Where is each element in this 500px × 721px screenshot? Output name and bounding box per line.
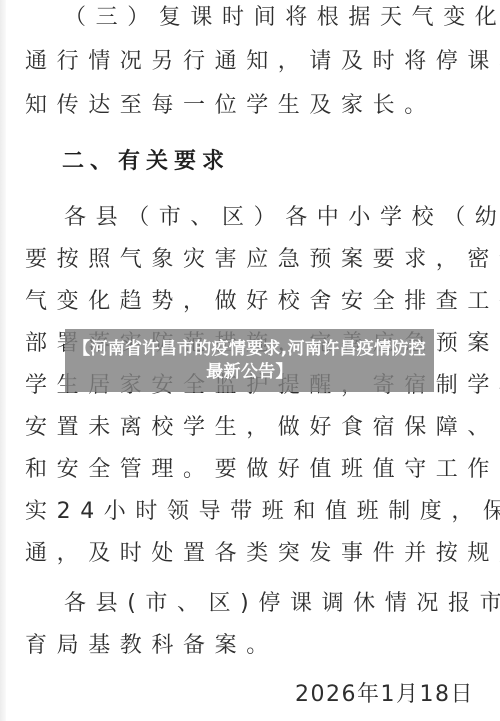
section-heading: 二、有关要求 <box>62 147 500 177</box>
paragraph-line: 气变化趋势，做好校舍安全排查工作，提早 <box>25 287 477 317</box>
paragraph-line: 通，及时处置各类突发事件并按规定上报。 <box>25 539 477 569</box>
paragraph-line: 育局基教科备案。 <box>25 631 477 661</box>
document-date: 2026年1月18日 <box>295 680 474 710</box>
paragraph-line: 安置未离校学生，做好食宿保障、防寒保暖 <box>25 413 477 443</box>
paragraph-line: （三）复课时间将根据天气变化及道路 <box>64 3 477 33</box>
overlay-title: 【河南省许昌市的疫情要求,河南许昌疫情防控最新公告】 <box>70 338 430 384</box>
paragraph-line: 实24小时领导带班和值班制度，保持通信畅 <box>25 497 477 527</box>
paragraph-line: 知传达至每一位学生及家长。 <box>25 91 477 121</box>
title-overlay-banner: 【河南省许昌市的疫情要求,河南许昌疫情防控最新公告】 <box>65 329 434 392</box>
paragraph-line: 要按照气象灾害应急预案要求，密切关注天 <box>25 245 477 275</box>
paragraph-line: 通行情况另行通知，请及时将停课、复课通 <box>25 47 477 77</box>
paragraph-line: 各县(市、区)停课调休情况报市教育体 <box>64 589 477 619</box>
paragraph-line: 和安全管理。要做好值班值守工作，严格落 <box>25 455 477 485</box>
paragraph-line: 各县（市、区）各中小学校（幼儿园） <box>64 203 477 233</box>
